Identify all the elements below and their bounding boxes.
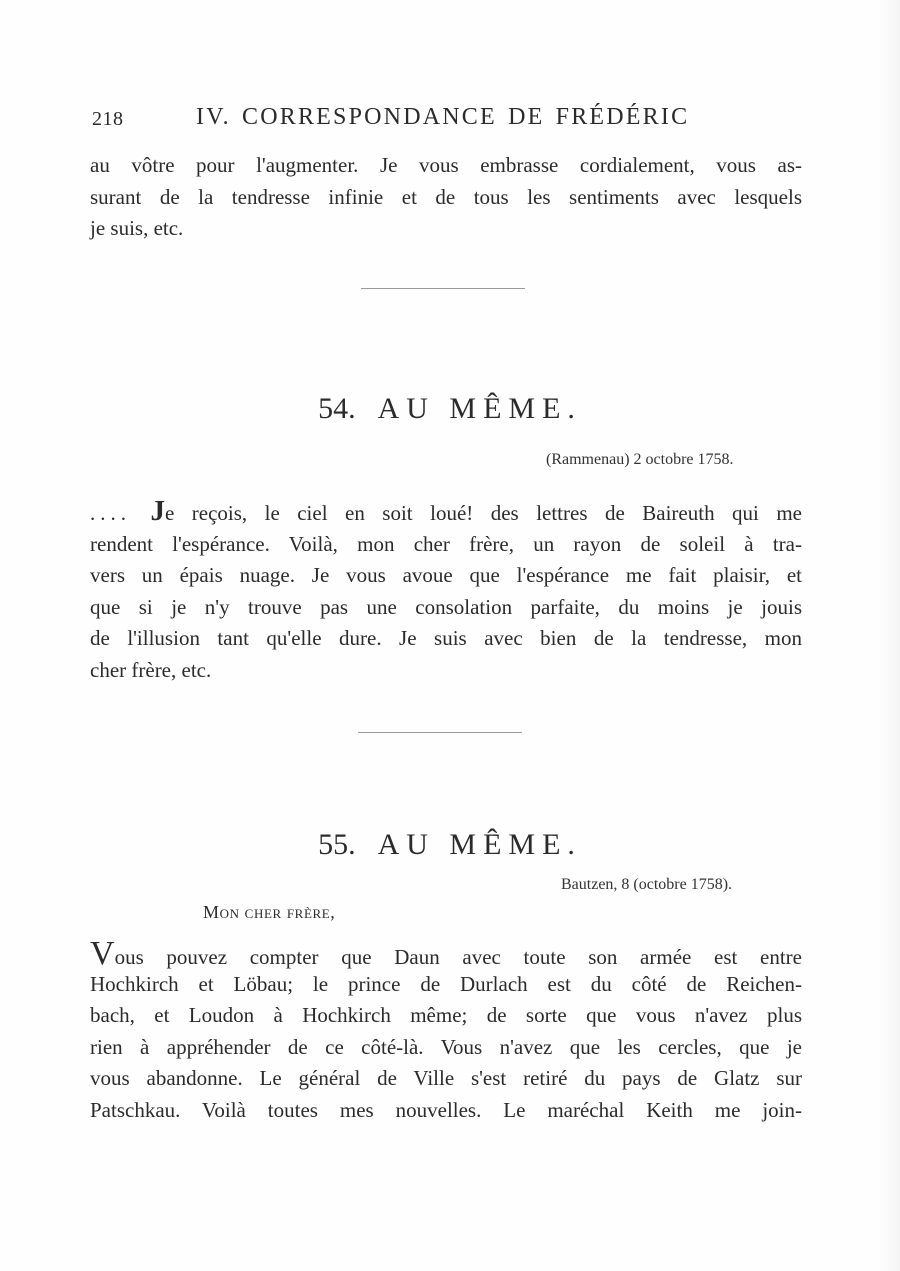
text-line: Patschkau. Voilà toutes mes nouvelles. L… [90, 1095, 802, 1127]
text-line: vers un épais nuage. Je vous avoue que l… [90, 560, 802, 592]
text-line: rien à appréhender de ce côté-là. Vous n… [90, 1032, 802, 1064]
section-divider-rule [361, 288, 525, 289]
initial-letter: J [150, 495, 165, 527]
text-line: Hochkirch et Löbau; le prince de Durlach… [90, 969, 802, 1001]
text-line: je suis, etc. [90, 213, 802, 245]
letter-54-dateline: (Rammenau) 2 octobre 1758. [546, 451, 734, 469]
letter-title: AU MÊME. [378, 828, 582, 861]
text-line: .... Je reçois, le ciel en soit loué! de… [90, 497, 802, 529]
text-line: bach, et Loudon à Hochkirch même; de sor… [90, 1000, 802, 1032]
letter-title: AU MÊME. [378, 392, 582, 425]
book-page: 218 IV. CORRESPONDANCE DE FRÉDÉRIC au vô… [0, 0, 900, 1271]
text-line: Vous pouvez compter que Daun avec toute … [90, 937, 802, 969]
letter-number: 54. [318, 392, 356, 425]
text-line: au vôtre pour l'augmenter. Je vous embra… [90, 150, 802, 182]
running-head-title: IV. CORRESPONDANCE DE FRÉDÉRIC [196, 104, 689, 131]
text-line: que si je n'y trouve pas une consolation… [90, 592, 802, 624]
initial-letter: V [90, 935, 115, 972]
letter-55-heading: 55.AU MÊME. [0, 828, 900, 862]
text-line: rendent l'espérance. Voilà, mon cher frè… [90, 529, 802, 561]
running-head: 218 IV. CORRESPONDANCE DE FRÉDÉRIC [92, 104, 812, 134]
letter-54-heading: 54.AU MÊME. [0, 392, 900, 426]
letter-55-salutation: Mon cher frère, [203, 902, 335, 923]
text-line: de l'illusion tant qu'elle dure. Je suis… [90, 623, 802, 655]
line-text: ous pouvez compter que Daun avec toute s… [115, 945, 802, 969]
section-divider-rule [358, 732, 522, 733]
text-line: vous abandonne. Le général de Ville s'es… [90, 1063, 802, 1095]
letter-54-body: .... Je reçois, le ciel en soit loué! de… [90, 497, 802, 686]
letter-55-body: Vous pouvez compter que Daun avec toute … [90, 937, 802, 1126]
text-line: surant de la tendresse infinie et de tou… [90, 182, 802, 214]
continuation-paragraph: au vôtre pour l'augmenter. Je vous embra… [90, 150, 802, 245]
line-text: e reçois, le ciel en soit loué! des lett… [165, 501, 802, 525]
opening-ellipsis: .... [90, 501, 131, 525]
page-number: 218 [92, 108, 124, 131]
letter-55-dateline: Bautzen, 8 (octobre 1758). [561, 876, 732, 894]
text-line: cher frère, etc. [90, 655, 802, 687]
letter-number: 55. [318, 828, 356, 861]
page-edge-shadow [878, 0, 900, 1271]
